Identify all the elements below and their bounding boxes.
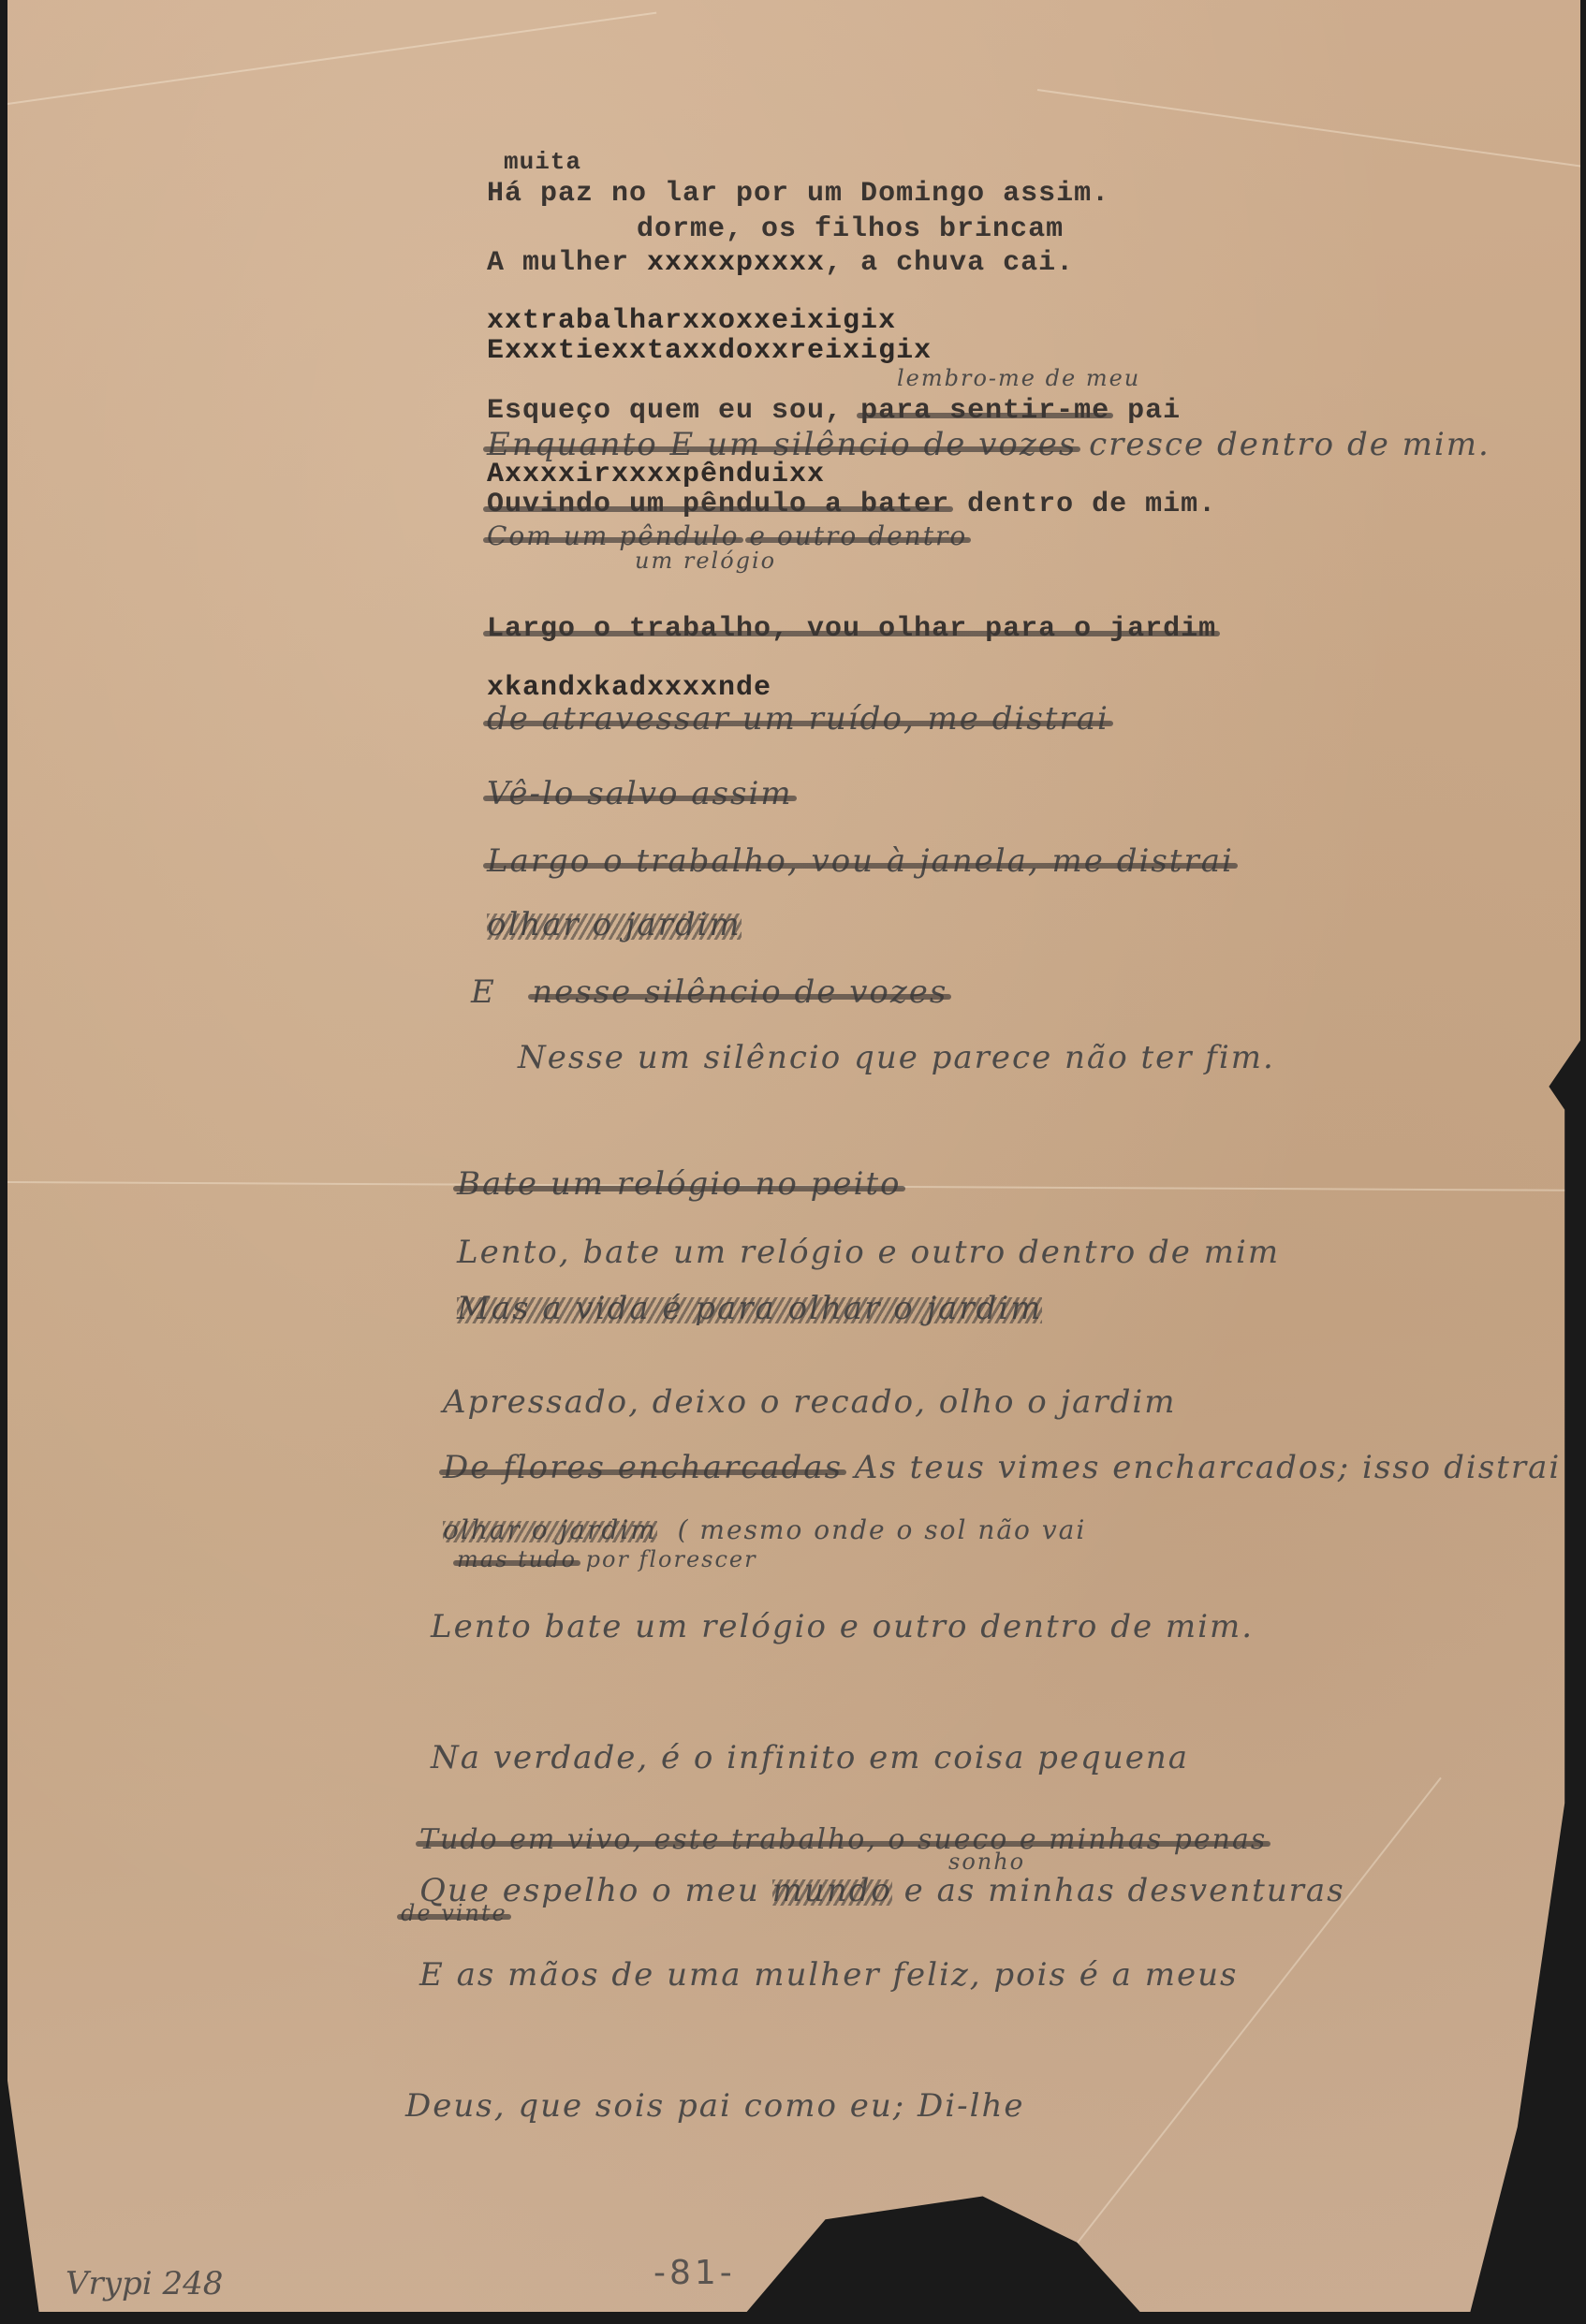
typed-xout-line-2: Exxxtiexxtaxxdoxxreixigix <box>487 335 932 367</box>
pencil-line-a: Enquanto E um silêncio de vozes cresce d… <box>487 426 1491 463</box>
typed-xout-line-1: xxtrabalharxxoxxeixigix <box>487 305 896 337</box>
typed-line-2: dorme, os filhos brincam <box>637 213 1064 245</box>
struck-text: Tudo em vivo, este trabalho, o sueco e m… <box>419 1823 1267 1856</box>
typed-text: Esqueço quem eu sou, <box>487 395 843 427</box>
pencil-line-s: Que espelho o meu mundo e as minhas desv… <box>419 1872 1345 1909</box>
struck-text: De flores encharcadas <box>443 1449 843 1486</box>
pencil-text: cresce dentro de mim. <box>1089 426 1491 463</box>
typed-text: A mulher <box>487 247 647 279</box>
pencil-text: por florescer <box>586 1546 757 1572</box>
pencil-insert-lembro: lembro-me de meu <box>897 365 1140 391</box>
typed-text: dentro de mim. <box>949 489 1216 520</box>
typed-xout-line-3: Axxxxirxxxxpênduixx <box>487 459 825 490</box>
pencil-line-r: Tudo em vivo, este trabalho, o sueco e m… <box>419 1823 1267 1856</box>
pencil-line-l: Apressado, deixo o recado, olho o jardim <box>443 1383 1176 1421</box>
pencil-line-h: Nesse um silêncio que parece não ter fim… <box>518 1039 1275 1076</box>
typed-line-5: Ouvindo um pêndulo a bater dentro de mim… <box>487 489 1216 520</box>
pencil-text: mesmo onde o sol não vai <box>699 1514 1086 1545</box>
pencil-text: E <box>471 973 496 1011</box>
typed-text: , a chuva cai. <box>825 247 1074 279</box>
manuscript-page: muita Há paz no lar por um Domingo assim… <box>7 0 1580 2312</box>
pencil-line-i: Bate um relógio no peito <box>457 1165 902 1203</box>
struck-text: nesse silêncio de vozes <box>532 973 947 1011</box>
struck-text: para sentir-me <box>860 395 1109 427</box>
typed-line-1: Há paz no lar por um Domingo assim. <box>487 178 1109 210</box>
scribbled-text: mundo <box>772 1872 892 1909</box>
page-number: -81- <box>653 2254 736 2292</box>
paper-crease <box>1037 89 1586 168</box>
scribbled-text: olhar o jardim <box>487 906 742 943</box>
paper-crease <box>7 12 656 105</box>
pencil-line-p: Lento bate um relógio e outro dentro de … <box>431 1608 1254 1645</box>
typed-line-4: Esqueço quem eu sou, para sentir-me pai <box>487 395 1181 427</box>
typed-xout-line-4: xkandxkadxxxxnde <box>487 672 771 704</box>
pencil-line-u: Deus, que sois pai como eu; Di-lhe <box>405 2087 1025 2125</box>
pencil-line-q: Na verdade, é o infinito em coisa pequen… <box>431 1739 1189 1776</box>
struck-text: Largo o trabalho, vou à janela, me distr… <box>487 842 1234 880</box>
pencil-line-d: Vê-lo salvo assim <box>487 775 793 812</box>
pencil-sub-relogio: um relógio <box>635 548 776 574</box>
archive-mark: Vrypi 248 <box>66 2265 223 2302</box>
struck-text: e outro dentro <box>749 520 967 551</box>
pencil-line-o: mas tudo por florescer <box>457 1546 757 1572</box>
pencil-insert-sonho: sonho <box>948 1849 1025 1875</box>
struck-text: Ouvindo um pêndulo a bater <box>487 489 949 520</box>
scribbled-text: Mas a vida é para olhar o jardim <box>457 1290 1042 1327</box>
typed-xout: xxxxxpxxxx <box>647 247 825 279</box>
pencil-line-e: Largo o trabalho, vou à janela, me distr… <box>487 842 1234 880</box>
pencil-line-k: Mas a vida é para olhar o jardim <box>457 1290 1042 1327</box>
pencil-text: Que espelho o meu <box>419 1872 760 1909</box>
struck-text: Bate um relógio no peito <box>457 1165 902 1203</box>
struck-text: mas tudo <box>457 1546 577 1572</box>
pencil-line-t: E as mãos de uma mulher feliz, pois é a … <box>419 1956 1238 1994</box>
struck-text: Vê-lo salvo assim <box>487 775 793 812</box>
typed-insert-muita: muita <box>504 148 581 176</box>
pencil-line-c: de atravessar um ruído, me distrai <box>487 700 1109 738</box>
scribbled-text: olhar o jardim <box>443 1514 657 1545</box>
pencil-line-f: olhar o jardim <box>487 906 742 943</box>
pencil-line-n: olhar o jardim ( mesmo onde o sol não va… <box>443 1514 1086 1545</box>
pencil-line-g: E nesse silêncio de vozes <box>471 973 947 1011</box>
struck-text: de atravessar um ruído, me distrai <box>487 700 1109 738</box>
pencil-line-j: Lento, bate um relógio e outro dentro de… <box>457 1234 1280 1271</box>
typed-line-6: Largo o trabalho, vou olhar para o jardi… <box>487 613 1216 645</box>
typed-line-3: A mulher xxxxxpxxxx, a chuva cai. <box>487 247 1074 279</box>
pencil-text: e as minhas desventuras <box>904 1872 1345 1909</box>
struck-text: Enquanto E um silêncio de vozes <box>487 426 1077 463</box>
struck-text: Largo o trabalho, vou olhar para o jardi… <box>487 613 1216 645</box>
pencil-line-m: De flores encharcadas As teus vimes ench… <box>443 1449 1561 1486</box>
pencil-text: As teus vimes encharcados; isso distrai <box>855 1449 1561 1486</box>
typed-text: pai <box>1109 395 1181 427</box>
